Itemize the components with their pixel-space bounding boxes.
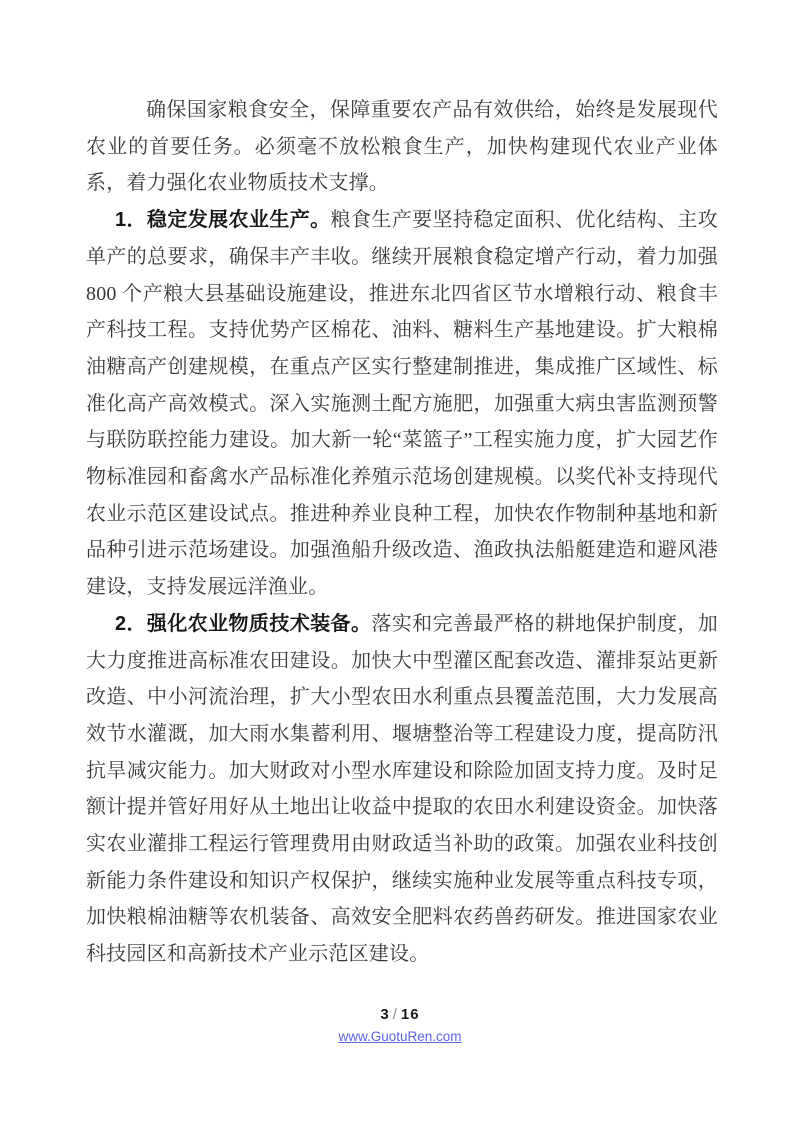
document-page: 确保国家粮食安全，保障重要农产品有效供给，始终是发展现代农业的首要任务。必须毫不…: [0, 0, 800, 1132]
paragraph-text: 粮食生产要坚持稳定面积、优化结构、主攻单产的总要求，确保丰产丰收。继续开展粮食稳…: [86, 209, 718, 598]
paragraph-intro: 确保国家粮食安全，保障重要农产品有效供给，始终是发展现代农业的首要任务。必须毫不…: [86, 92, 718, 202]
paragraph-heading: 2．强化农业物质技术装备。: [115, 613, 371, 635]
page-number-total: 16: [401, 1006, 420, 1023]
footer-website-link[interactable]: www.GuotuRen.com: [338, 1028, 461, 1045]
paragraph-item-2: 2．强化农业物质技术装备。落实和完善最严格的耕地保护制度，加大力度推进高标准农田…: [86, 606, 718, 973]
page-footer: 3/16 www.GuotuRen.com: [0, 1005, 800, 1046]
paragraph-text: 落实和完善最严格的耕地保护制度，加大力度推进高标准农田建设。加快大中型灌区配套改…: [86, 613, 718, 965]
paragraph-text: 确保国家粮食安全，保障重要农产品有效供给，始终是发展现代农业的首要任务。必须毫不…: [86, 99, 718, 194]
paragraph-item-1: 1．稳定发展农业生产。粮食生产要坚持稳定面积、优化结构、主攻单产的总要求，确保丰…: [86, 202, 718, 606]
document-body: 确保国家粮食安全，保障重要农产品有效供给，始终是发展现代农业的首要任务。必须毫不…: [86, 92, 718, 973]
page-number: 3/16: [0, 1005, 800, 1025]
paragraph-heading: 1．稳定发展农业生产。: [115, 209, 331, 231]
page-number-current: 3: [380, 1006, 389, 1023]
page-number-separator: /: [390, 1006, 401, 1023]
